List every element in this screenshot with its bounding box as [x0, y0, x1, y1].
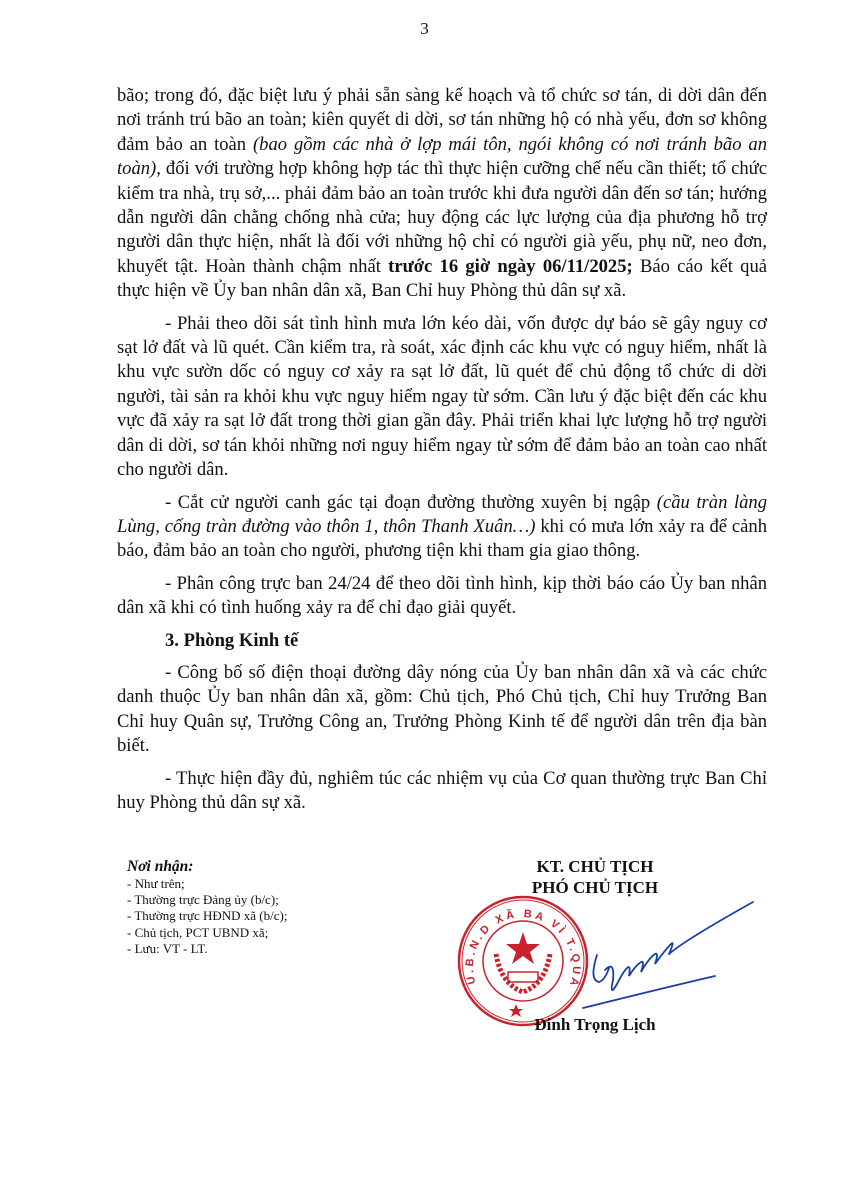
- section-heading: 3. Phòng Kinh tế: [117, 629, 767, 653]
- document-body: bão; trong đó, đặc biệt lưu ý phải sẵn s…: [117, 84, 767, 815]
- paragraph-evacuation: bão; trong đó, đặc biệt lưu ý phải sẵn s…: [117, 84, 767, 304]
- deadline: trước 16 giờ ngày 06/11/2025;: [388, 256, 633, 277]
- recipients-list: Nơi nhận: - Như trên; - Thường trực Đảng…: [127, 858, 287, 957]
- recipients-title: Nơi nhận:: [127, 858, 287, 876]
- handwritten-signature-icon: [575, 880, 755, 1010]
- paragraph-duty: - Phân công trực ban 24/24 để theo dõi t…: [117, 572, 767, 621]
- svg-text:U.B.N.D XÃ BA VÌ T.QUẢNG NGÃI: U.B.N.D XÃ BA VÌ T.QUẢNG NGÃI: [456, 894, 582, 990]
- recipient-item: - Như trên;: [127, 876, 287, 892]
- page-number: 3: [0, 19, 849, 39]
- recipient-item: - Thường trực HĐND xã (b/c);: [127, 908, 287, 924]
- recipient-item: - Chủ tịch, PCT UBND xã;: [127, 925, 287, 941]
- text-run: - Cắt cử người canh gác tại đoạn đường t…: [165, 492, 657, 513]
- paragraph-landslide: - Phải theo dõi sát tình hình mưa lớn ké…: [117, 312, 767, 483]
- official-stamp-icon: U.B.N.D XÃ BA VÌ T.QUẢNG NGÃI: [456, 894, 590, 1028]
- recipient-item: - Thường trực Đảng ủy (b/c);: [127, 892, 287, 908]
- paragraph-hotline: - Công bố số điện thoại đường dây nóng c…: [117, 661, 767, 759]
- signer-name: Đinh Trọng Lịch: [480, 1015, 710, 1035]
- paragraph-guard: - Cắt cử người canh gác tại đoạn đường t…: [117, 491, 767, 564]
- recipient-item: - Lưu: VT - LT.: [127, 941, 287, 957]
- paragraph-tasks: - Thực hiện đầy đủ, nghiêm túc các nhiệm…: [117, 767, 767, 816]
- signature-title-line1: KT. CHỦ TỊCH: [480, 856, 710, 877]
